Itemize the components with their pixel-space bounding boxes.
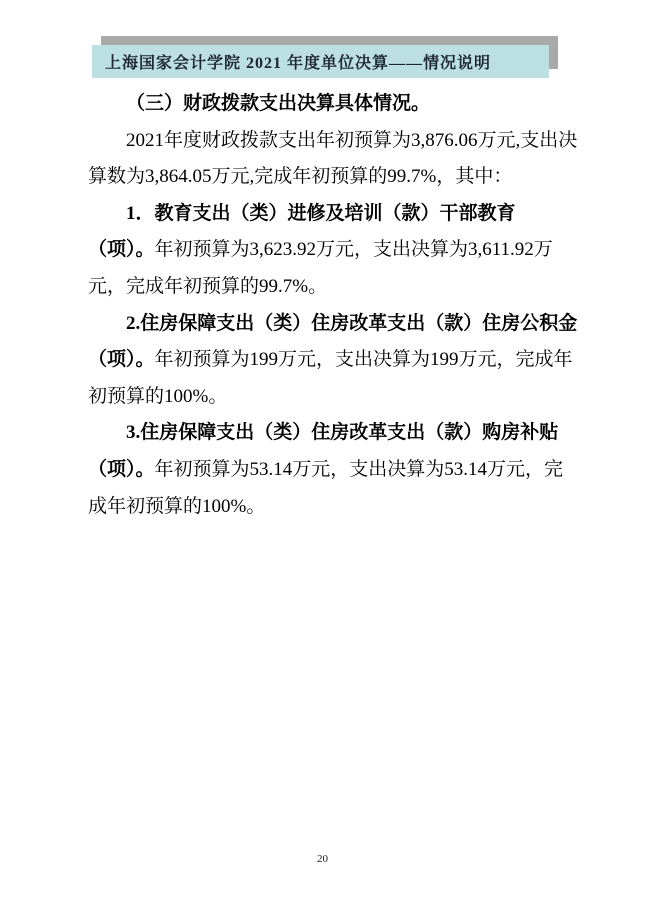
item-1-line-2: （项）。年初预算为3,623.92万元，支出决算为3,611.92万 — [88, 232, 590, 269]
item-3-title-line: 3.住房保障支出（类）住房改革支出（款）购房补贴 — [88, 415, 590, 452]
document-page: 上海国家会计学院 2021 年度单位决算——情况说明 （三）财政拨款支出决算具体… — [0, 0, 650, 923]
item-3-line-3: 成年初预算的100%。 — [88, 489, 590, 526]
section-heading: （三）财政拨款支出决算具体情况。 — [88, 86, 590, 123]
item-1-title-line: 1．教育支出（类）进修及培训（款）干部教育 — [88, 196, 590, 233]
item-2-line-3: 初预算的100%。 — [88, 379, 590, 416]
document-header: 上海国家会计学院 2021 年度单位决算——情况说明 — [92, 45, 549, 78]
item-1-line-2-bold: （项）。 — [88, 239, 155, 260]
item-2-title-line: 2.住房保障支出（类）住房改革支出（款）住房公积金 — [88, 306, 590, 343]
intro-paragraph-line-1: 2021年度财政拨款支出年初预算为3,876.06万元,支出决 — [88, 123, 590, 160]
item-3-line-2-text: 年初预算为53.14万元，支出决算为53.14万元，完 — [155, 459, 564, 480]
page-number: 20 — [0, 853, 645, 865]
intro-paragraph-line-2: 算数为3,864.05万元,完成年初预算的99.7%，其中： — [88, 159, 590, 196]
item-3-line-2: （项）。年初预算为53.14万元，支出决算为53.14万元，完 — [88, 452, 590, 489]
item-1-line-2-text: 年初预算为3,623.92万元，支出决算为3,611.92万 — [155, 239, 553, 260]
item-2-line-2-bold: （项）。 — [88, 349, 155, 370]
header-banner: 上海国家会计学院 2021 年度单位决算——情况说明 — [92, 45, 549, 78]
header-title: 上海国家会计学院 2021 年度单位决算——情况说明 — [105, 50, 491, 73]
item-1-line-3: 元，完成年初预算的99.7%。 — [88, 269, 590, 306]
item-2-line-2: （项）。年初预算为199万元，支出决算为199万元，完成年 — [88, 342, 590, 379]
item-3-line-2-bold: （项）。 — [88, 459, 155, 480]
item-2-line-2-text: 年初预算为199万元，支出决算为199万元，完成年 — [155, 349, 573, 370]
document-body: （三）财政拨款支出决算具体情况。 2021年度财政拨款支出年初预算为3,876.… — [88, 86, 590, 525]
